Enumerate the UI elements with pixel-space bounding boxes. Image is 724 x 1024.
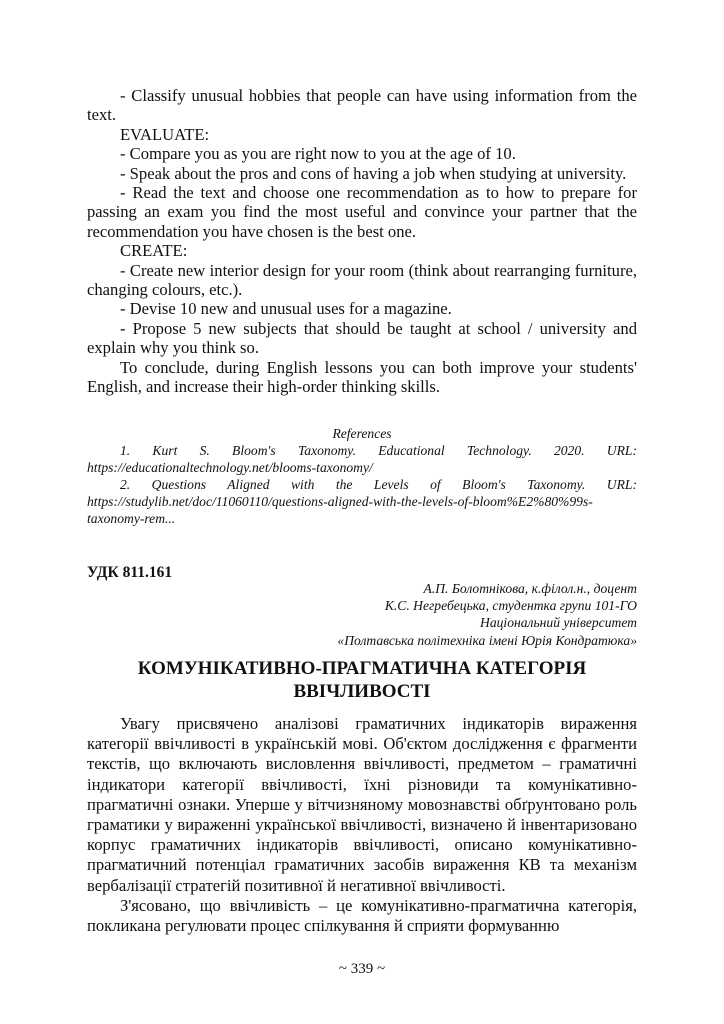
task-magazine-uses: - Devise 10 new and unusual uses for a m… [87, 299, 637, 318]
body-paragraph-2: З'ясовано, що ввічливість – це комунікат… [87, 896, 637, 936]
reference-item-1: 1. Kurt S. Bloom's Taxonomy. Educational… [87, 442, 637, 476]
article-title: КОМУНІКАТИВНО-ПРАГМАТИЧНА КАТЕГОРІЯ ВВІЧ… [87, 658, 637, 703]
affiliation-line-2: «Полтавська політехніка імені Юрія Кондр… [337, 632, 637, 649]
article-title-line-1: КОМУНІКАТИВНО-ПРАГМАТИЧНА КАТЕГОРІЯ [138, 658, 586, 679]
task-compare-age: - Compare you as you are right now to yo… [87, 144, 637, 163]
article-title-line-2: ВВІЧЛИВОСТІ [293, 681, 430, 702]
task-classify-hobbies: - Classify unusual hobbies that people c… [87, 86, 637, 125]
article-body: Увагу присвячено аналізові граматичних і… [87, 714, 637, 936]
udk-code: УДК 811.161 [87, 564, 172, 582]
task-interior-design: - Create new interior design for your ro… [87, 261, 637, 300]
task-recommendation: - Read the text and choose one recommend… [87, 183, 637, 241]
page-number: ~ 339 ~ [0, 961, 724, 978]
create-heading: CREATE: [87, 241, 637, 260]
body-paragraph-1: Увагу присвячено аналізові граматичних і… [87, 714, 637, 896]
reference-item-2: 2. Questions Aligned with the Levels of … [87, 476, 637, 527]
task-pros-cons-job: - Speak about the pros and cons of havin… [87, 164, 637, 183]
references-section: References 1. Kurt S. Bloom's Taxonomy. … [87, 425, 637, 527]
affiliation-line-1: Національний університет [337, 614, 637, 631]
task-new-subjects: - Propose 5 new subjects that should be … [87, 319, 637, 358]
previous-article-continuation: - Classify unusual hobbies that people c… [87, 86, 637, 527]
references-title: References [87, 425, 637, 442]
author-2: К.С. Негребецька, студентка групи 101-ГО [337, 597, 637, 614]
conclusion-paragraph: To conclude, during English lessons you … [87, 358, 637, 397]
authors-block: А.П. Болотнікова, к.філол.н., доцент К.С… [337, 580, 637, 649]
author-1: А.П. Болотнікова, к.філол.н., доцент [337, 580, 637, 597]
evaluate-heading: EVALUATE: [87, 125, 637, 144]
